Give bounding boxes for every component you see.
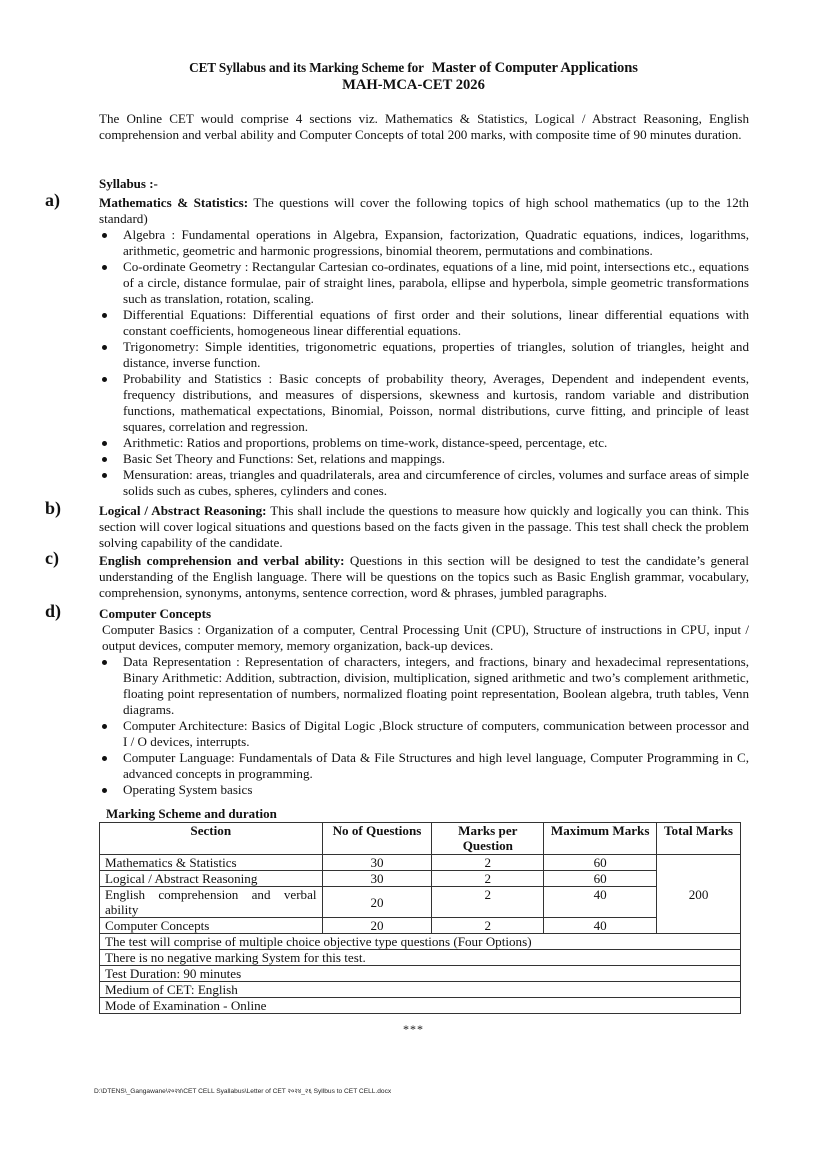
table-note-row: Mode of Examination - Online <box>100 998 741 1014</box>
cell-marks-per: 2 <box>432 918 544 934</box>
section-mathematics: a) Mathematics & Statistics: The questio… <box>99 195 749 499</box>
section-title: Logical / Abstract Reasoning: <box>99 503 267 518</box>
cell-section: Logical / Abstract Reasoning <box>100 871 323 887</box>
section-title: Mathematics & Statistics: <box>99 195 248 210</box>
table-row: Logical / Abstract Reasoning 30 2 60 <box>100 871 741 887</box>
table-note-row: There is no negative marking System for … <box>100 950 741 966</box>
cell-max: 40 <box>544 887 657 918</box>
cell-section: English comprehension and verbal ability <box>100 887 323 918</box>
cell-max: 60 <box>544 871 657 887</box>
document-page: CET Syllabus and its Marking Scheme forM… <box>0 0 827 1169</box>
cell-questions: 20 <box>322 918 432 934</box>
syllabus-heading: Syllabus :- <box>99 176 158 192</box>
section-text: Computer Basics : Organization of a comp… <box>99 622 749 654</box>
list-item: Co-ordinate Geometry : Rectangular Carte… <box>99 259 749 307</box>
title-program: Master of Computer Applications <box>432 60 638 76</box>
list-item: Basic Set Theory and Functions: Set, rel… <box>99 451 749 467</box>
table-row: Mathematics & Statistics 30 2 60 200 <box>100 855 741 871</box>
cell-questions: 30 <box>322 855 432 871</box>
note-negative-marking: There is no negative marking System for … <box>100 950 741 966</box>
note-duration: Test Duration: 90 minutes <box>100 966 741 982</box>
cell-max: 40 <box>544 918 657 934</box>
section-logical-reasoning: b) Logical / Abstract Reasoning: This sh… <box>99 503 749 551</box>
intro-paragraph: The Online CET would comprise 4 sections… <box>99 111 749 143</box>
marking-scheme-heading: Marking Scheme and duration <box>106 806 277 822</box>
column-header: Marks per Question <box>432 823 544 855</box>
table-note-row: Test Duration: 90 minutes <box>100 966 741 982</box>
table-note-row: The test will comprise of multiple choic… <box>100 934 741 950</box>
cell-section: Mathematics & Statistics <box>100 855 323 871</box>
topic-list: Algebra : Fundamental operations in Alge… <box>99 227 749 499</box>
list-item: Data Representation : Representation of … <box>99 654 749 718</box>
note-mode: Mode of Examination - Online <box>100 998 741 1014</box>
list-item: Computer Architecture: Basics of Digital… <box>99 718 749 750</box>
document-title: CET Syllabus and its Marking Scheme forM… <box>0 60 827 77</box>
column-header: Total Marks <box>657 823 741 855</box>
cell-section: Computer Concepts <box>100 918 323 934</box>
cell-questions: 30 <box>322 871 432 887</box>
list-item: Arithmetic: Ratios and proportions, prob… <box>99 435 749 451</box>
table-header-row: Section No of Questions Marks per Questi… <box>100 823 741 855</box>
topic-list: Data Representation : Representation of … <box>99 654 749 798</box>
section-english: c) English comprehension and verbal abil… <box>99 553 749 601</box>
cell-marks-per: 2 <box>432 855 544 871</box>
section-title: Computer Concepts <box>99 606 211 621</box>
footer-file-path: D:\DTENS\_Gangawane\२०२४\CET CELL Syalla… <box>94 1086 391 1095</box>
list-item: Operating System basics <box>99 782 749 798</box>
list-item: Trigonometry: Simple identities, trigono… <box>99 339 749 371</box>
list-item: Differential Equations: Differential equ… <box>99 307 749 339</box>
cell-marks-per: 2 <box>432 871 544 887</box>
title-prefix: CET Syllabus and its Marking Scheme for <box>189 60 424 75</box>
column-header: Maximum Marks <box>544 823 657 855</box>
column-header: Section <box>100 823 323 855</box>
list-item: Probability and Statistics : Basic conce… <box>99 371 749 435</box>
cell-total: 200 <box>657 855 741 934</box>
cell-marks-per: 2 <box>432 887 544 918</box>
cell-questions: 20 <box>322 887 432 918</box>
section-marker: d) <box>45 603 61 619</box>
table-row: Computer Concepts 20 2 40 <box>100 918 741 934</box>
list-item: Mensuration: areas, triangles and quadri… <box>99 467 749 499</box>
list-item: Computer Language: Fundamentals of Data … <box>99 750 749 782</box>
section-title: English comprehension and verbal ability… <box>99 553 344 568</box>
section-marker: a) <box>45 192 60 208</box>
table-row: English comprehension and verbal ability… <box>100 887 741 918</box>
table-note-row: Medium of CET: English <box>100 982 741 998</box>
note-medium: Medium of CET: English <box>100 982 741 998</box>
marking-scheme-table: Section No of Questions Marks per Questi… <box>99 822 741 1014</box>
cell-max: 60 <box>544 855 657 871</box>
document-subtitle: MAH-MCA-CET 2026 <box>0 77 827 94</box>
section-marker: c) <box>45 550 59 566</box>
note-question-type: The test will comprise of multiple choic… <box>100 934 741 950</box>
section-marker: b) <box>45 500 61 516</box>
column-header: No of Questions <box>322 823 432 855</box>
end-mark: *** <box>0 1022 827 1037</box>
section-computer-concepts: d) Computer Concepts Computer Basics : O… <box>99 606 749 798</box>
list-item: Algebra : Fundamental operations in Alge… <box>99 227 749 259</box>
